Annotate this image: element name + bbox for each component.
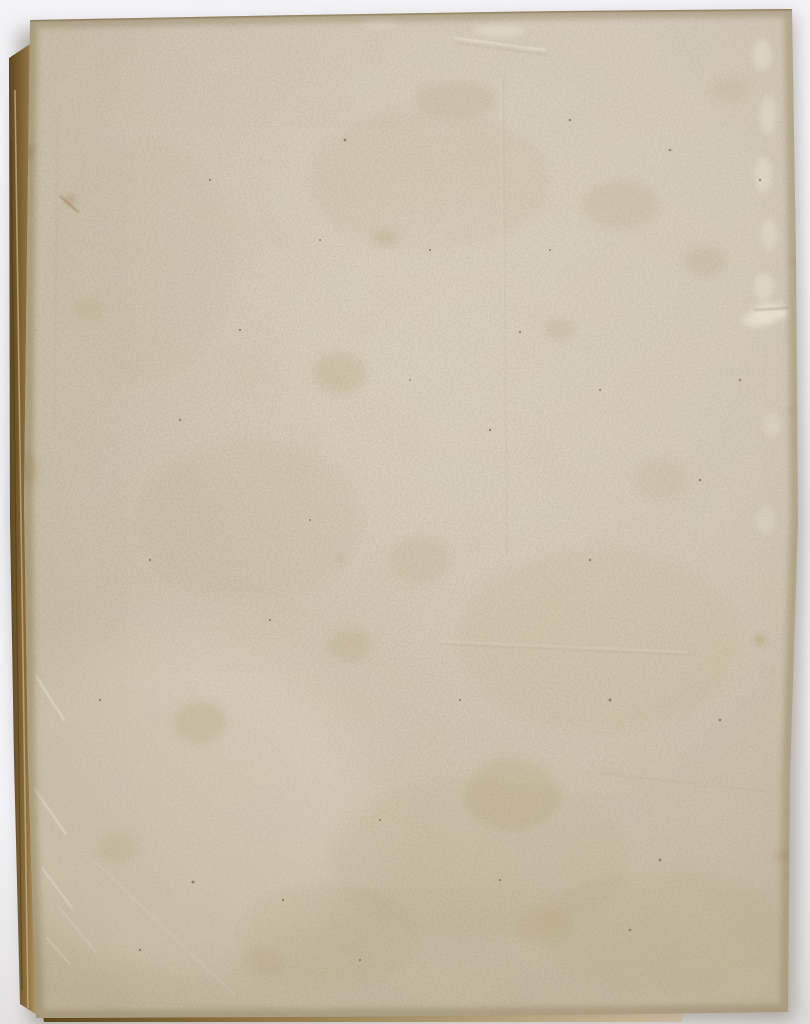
speck bbox=[359, 959, 361, 961]
speck bbox=[379, 819, 381, 821]
book-photo-canvas bbox=[0, 0, 810, 1024]
dent-highlight bbox=[764, 413, 780, 437]
speck bbox=[499, 879, 501, 881]
speck bbox=[149, 559, 151, 561]
speck bbox=[519, 331, 521, 333]
dent-highlight bbox=[754, 157, 772, 193]
speck bbox=[739, 379, 742, 382]
stain bbox=[140, 440, 360, 600]
stain bbox=[390, 538, 450, 582]
speck bbox=[429, 249, 431, 251]
photo-of-antique-book-cover bbox=[0, 0, 810, 1024]
speck bbox=[599, 389, 601, 391]
stain bbox=[98, 833, 138, 863]
speck bbox=[139, 949, 141, 951]
speck bbox=[669, 149, 672, 152]
speck bbox=[699, 479, 702, 482]
stain bbox=[546, 320, 574, 340]
speck bbox=[282, 899, 284, 901]
speck bbox=[209, 179, 211, 181]
speck bbox=[309, 519, 311, 521]
stain bbox=[314, 353, 366, 393]
dent-highlight bbox=[760, 95, 776, 135]
stain bbox=[582, 181, 658, 229]
speck bbox=[192, 881, 195, 884]
speck bbox=[239, 329, 241, 331]
stain bbox=[685, 248, 725, 276]
stain bbox=[415, 82, 495, 118]
speck bbox=[759, 179, 761, 181]
stain bbox=[540, 870, 780, 990]
stain bbox=[74, 298, 106, 322]
stain bbox=[328, 629, 372, 661]
stain bbox=[373, 229, 397, 247]
speck bbox=[719, 719, 722, 722]
stain bbox=[515, 905, 575, 945]
speck bbox=[609, 699, 612, 702]
stain bbox=[712, 78, 748, 102]
speck bbox=[489, 429, 491, 431]
dent-highlight bbox=[474, 25, 526, 37]
speck bbox=[409, 379, 411, 381]
dent-highlight bbox=[753, 39, 771, 71]
dent-highlight bbox=[757, 506, 775, 534]
speck bbox=[549, 249, 551, 251]
cover-texture-layers bbox=[0, 0, 810, 1024]
speck bbox=[629, 929, 632, 932]
dent-highlight bbox=[742, 313, 774, 327]
stain bbox=[460, 550, 740, 730]
speck bbox=[269, 619, 271, 621]
stain bbox=[310, 110, 550, 250]
speck bbox=[659, 859, 662, 862]
dent-highlight bbox=[754, 273, 774, 301]
stain bbox=[756, 637, 764, 643]
stain bbox=[50, 140, 230, 380]
book bbox=[0, 0, 810, 1024]
speck bbox=[99, 699, 101, 701]
speck bbox=[179, 419, 181, 421]
speck bbox=[459, 699, 461, 701]
speck bbox=[569, 119, 572, 122]
speck bbox=[589, 559, 591, 561]
dent-highlight bbox=[761, 219, 777, 251]
stain bbox=[464, 759, 560, 831]
stain bbox=[337, 558, 343, 563]
speck bbox=[344, 139, 347, 142]
speck bbox=[319, 239, 321, 241]
stain bbox=[240, 948, 284, 976]
stain bbox=[634, 460, 686, 500]
stain bbox=[174, 702, 226, 742]
